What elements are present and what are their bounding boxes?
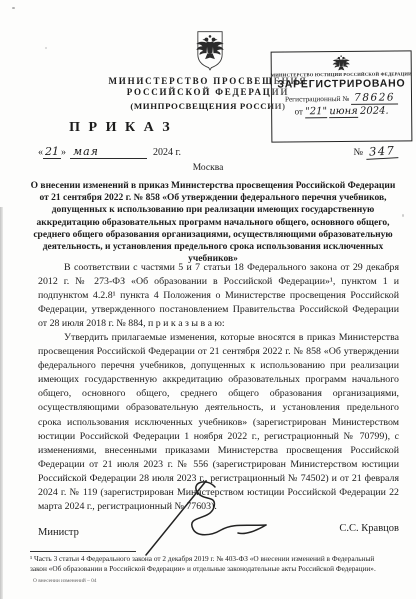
quote-close: » [61, 147, 66, 158]
footnote-text: ¹ Часть 3 статьи 4 Федерального закона о… [30, 554, 392, 573]
stamp-registration-number-line: Регистрационный № 78626 [285, 92, 398, 105]
order-number: № 347 [354, 144, 399, 159]
order-date-month: мая [73, 145, 99, 158]
stamp-date-prefix: от [295, 106, 303, 116]
stamp-date-month: июня [329, 106, 358, 118]
scan-speck [402, 214, 404, 217]
order-date: «21»мая2024 г. [38, 145, 181, 159]
order-number-value: 347 [365, 143, 398, 160]
stamp-date-line: от "21" июня 2024. [295, 106, 389, 118]
city-label: Москва [0, 163, 416, 173]
footnote-separator [30, 551, 136, 552]
order-title: О внесении изменений в приказ Министерст… [30, 180, 396, 265]
signer-position: Министр [38, 527, 79, 538]
handwritten-signature [118, 477, 303, 557]
order-date-day: 21 [43, 145, 61, 159]
stamp-reg-number: 78626 [351, 92, 398, 105]
body-paragraph-legal-basis: В соответствии с частями 5 и 7 статьи 18… [38, 261, 399, 331]
scan-speck [12, 7, 15, 9]
stamp-date-day: "21" [305, 106, 327, 118]
stamp-reg-label: Регистрационный № [285, 94, 349, 104]
scanned-order-document: МИНИСТЕРСТВО ПРОСВЕЩЕНИЯ РОССИЙСКОЙ ФЕДЕ… [0, 0, 416, 599]
number-sign: № [354, 147, 364, 158]
document-footer-code: О внесении изменений – 04 [33, 578, 97, 584]
stamp-date-year: 2024. [360, 106, 389, 117]
date-and-number-row: «21»мая2024 г. № 347 [38, 144, 398, 159]
russia-coat-of-arms-icon [192, 27, 228, 75]
order-body: В соответствии с частями 5 и 7 статьи 18… [38, 261, 399, 514]
scan-speck [45, 47, 47, 49]
scan-edge-shadow [0, 207, 3, 599]
document-type-heading: П Р И К А З [0, 120, 241, 136]
justice-ministry-registration-stamp: МИНИСТЕРСТВО ЮСТИЦИИ РОССИЙСКОЙ ФЕДЕРАЦИ… [271, 50, 413, 142]
order-date-year: 2024 г. [153, 147, 181, 158]
stamp-registered-label: ЗАРЕГИСТРИРОВАНО [277, 77, 405, 90]
signer-name: С.С. Кравцов [339, 523, 399, 534]
stamp-eagle-icon [332, 54, 351, 71]
